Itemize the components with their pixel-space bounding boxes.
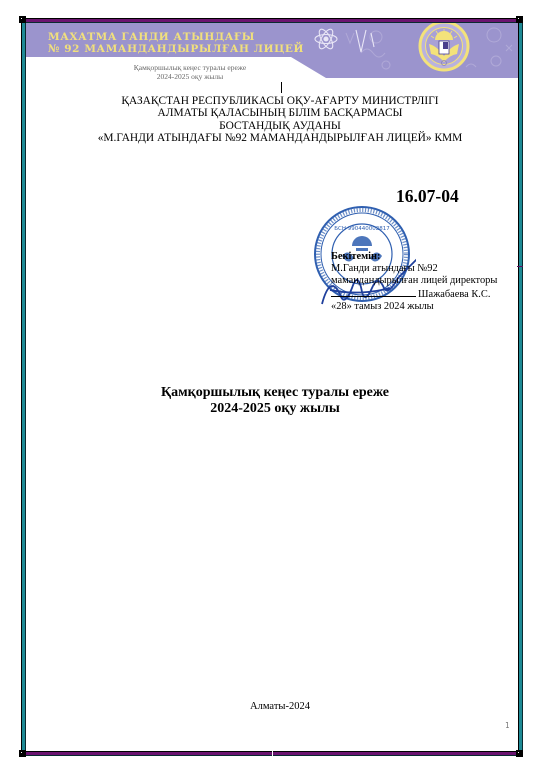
- signature-line: [331, 287, 416, 297]
- text-cursor: [281, 82, 282, 93]
- running-header-line: 2024-2025 оқу жылы: [100, 72, 280, 81]
- ministry-line: АЛМАТЫ ҚАЛАСЫНЫҢ БІЛІМ БАСҚАРМАСЫ: [60, 107, 500, 119]
- banner-title-line: № 92 МАМАНДАНДЫРЫЛҒАН ЛИЦЕЙ: [48, 43, 304, 55]
- approval-line: М.Ганди атындағы №92: [331, 263, 497, 275]
- signer-name: Шажабаева К.С.: [418, 289, 490, 300]
- approval-label: Бекітемін:: [331, 251, 497, 263]
- running-header-line: Қамқоршылық кеңес туралы ереже: [100, 63, 280, 72]
- border-corner-bottom-right: [516, 750, 523, 757]
- svg-text:БСН 990440002817: БСН 990440002817: [334, 226, 390, 232]
- ministry-line: ҚАЗАҚСТАН РЕСПУБЛИКАСЫ ОҚУ-АҒАРТУ МИНИСТ…: [60, 95, 500, 107]
- approval-block: Бекітемін: М.Ганди атындағы №92 мамандан…: [331, 251, 497, 313]
- border-tick: [272, 751, 273, 756]
- page-border-right: [518, 18, 523, 756]
- footer-city-year: Алматы-2024: [200, 701, 360, 712]
- page-border-left: [21, 18, 26, 756]
- banner-title-line: МАХАТМА ГАНДИ АТЫНДАҒЫ: [48, 31, 304, 43]
- border-corner-top-left: [19, 16, 26, 23]
- border-tick: [517, 266, 523, 267]
- document-title: Қамқоршылық кеңес туралы ереже 2024-2025…: [100, 385, 450, 417]
- title-line: Қамқоршылық кеңес туралы ереже: [100, 385, 450, 401]
- border-corner-bottom-left: [19, 750, 26, 757]
- border-corner-top-right: [516, 16, 523, 23]
- approval-line: мамандандырылған лицей директоры: [331, 275, 497, 287]
- page-number: 1: [505, 721, 510, 730]
- title-line: 2024-2025 оқу жылы: [100, 401, 450, 417]
- school-emblem: [420, 23, 468, 70]
- ministry-line: БОСТАНДЫҚ АУДАНЫ: [60, 120, 500, 132]
- ministry-line: «М.ГАНДИ АТЫНДАҒЫ №92 МАМАНДАНДЫРЫЛҒАН Л…: [60, 132, 500, 144]
- ministry-header: ҚАЗАҚСТАН РЕСПУБЛИКАСЫ ОҚУ-АҒАРТУ МИНИСТ…: [60, 95, 500, 145]
- document-page: МАХАТМА ГАНДИ АТЫНДАҒЫ № 92 МАМАНДАНДЫРЫ…: [0, 0, 545, 776]
- approval-date: «28» тамыз 2024 жылы: [331, 301, 497, 313]
- banner-title: МАХАТМА ГАНДИ АТЫНДАҒЫ № 92 МАМАНДАНДЫРЫ…: [48, 31, 304, 55]
- running-header: Қамқоршылық кеңес туралы ереже 2024-2025…: [100, 63, 280, 81]
